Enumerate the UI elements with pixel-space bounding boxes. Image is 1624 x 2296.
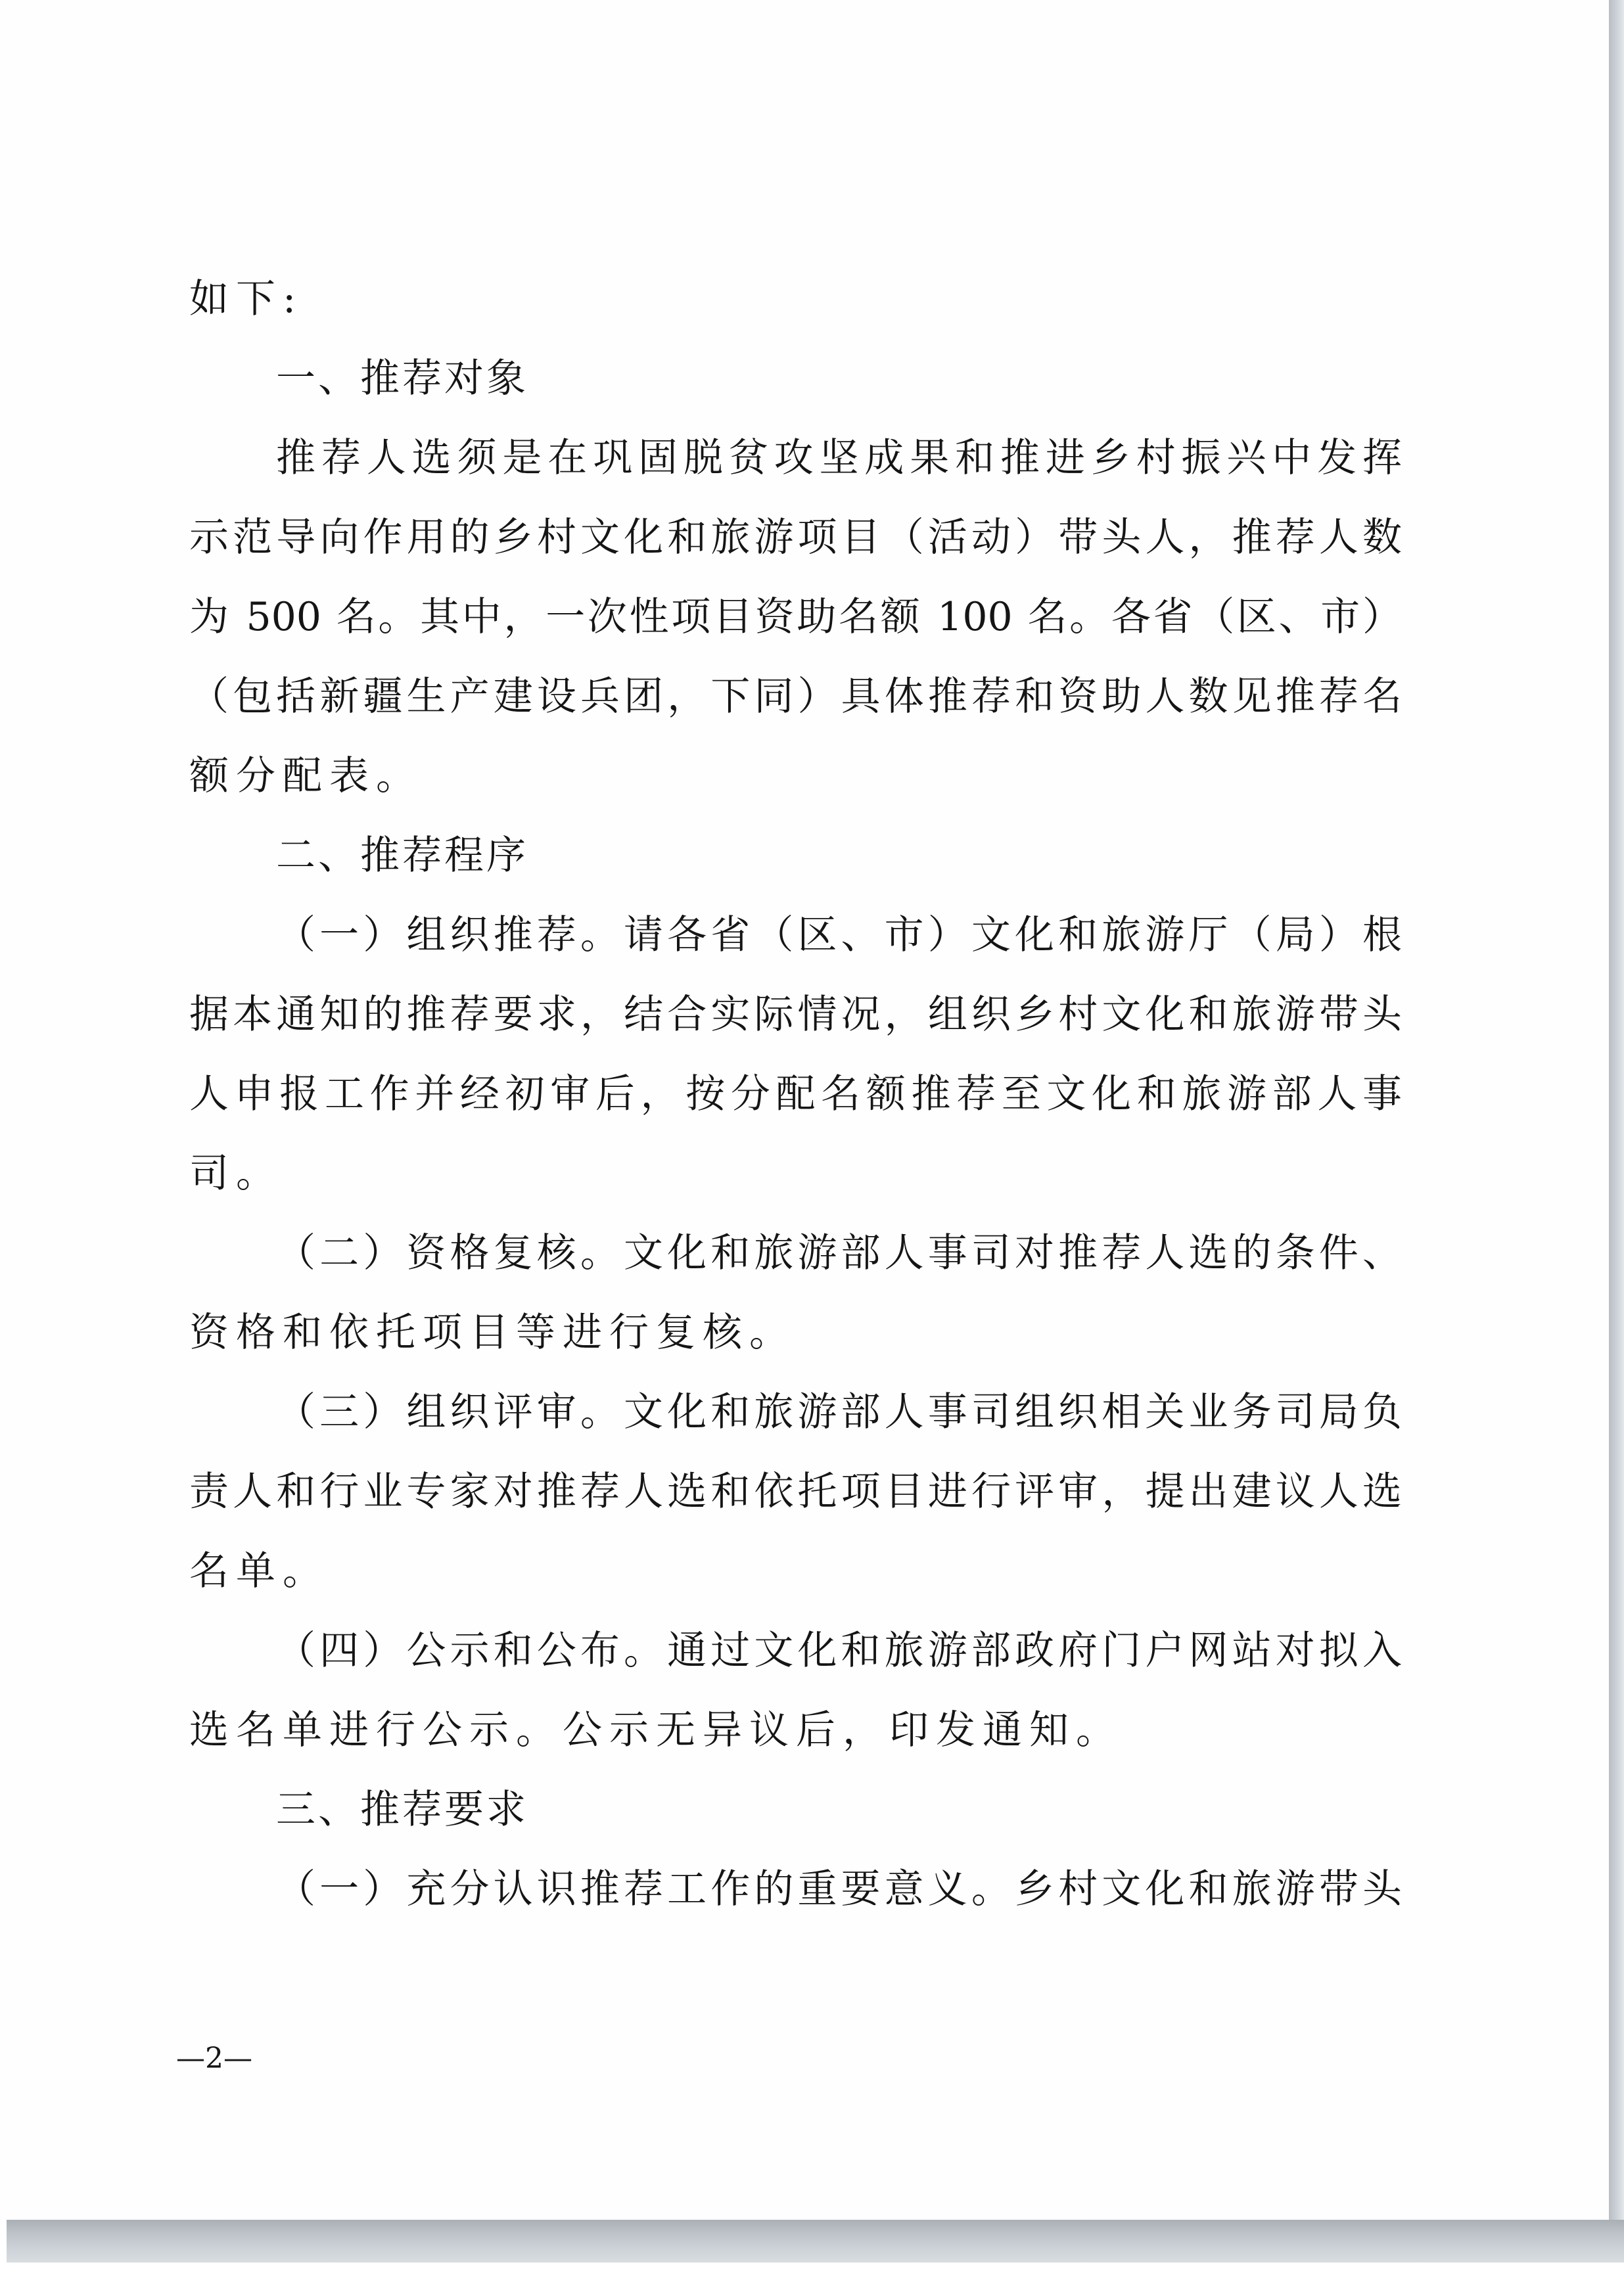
section-heading-recommendation-procedure: 二、推荐程序 (276, 826, 528, 885)
body-line: 为 500 名。其中，一次性项目资助名额 100 名。各省（区、市） (189, 587, 1402, 647)
section-heading-recommendation-targets: 一、推荐对象 (276, 349, 528, 408)
body-line: 资格和依托项目等进行复核。 (189, 1303, 796, 1362)
body-line: （四）公示和公布。通过文化和旅游部政府门户网站对拟入 (276, 1621, 1402, 1680)
body-line: 额分配表。 (189, 746, 423, 806)
body-line: （一）充分认识推荐工作的重要意义。乡村文化和旅游带头 (276, 1860, 1402, 1919)
body-line: （三）组织评审。文化和旅游部人事司组织相关业务司局负 (276, 1383, 1402, 1442)
section-heading-recommendation-requirements: 三、推荐要求 (276, 1780, 528, 1839)
body-line: （二）资格复核。文化和旅游部人事司对推荐人选的条件、 (276, 1224, 1402, 1283)
body-line: 示范导向作用的乡村文化和旅游项目（活动）带头人，推荐人数 (189, 508, 1402, 567)
body-line: 人申报工作并经初审后，按分配名额推荐至文化和旅游部人事 (189, 1065, 1402, 1124)
body-line-intro: 如下: (189, 269, 303, 329)
body-line: 司。 (189, 1144, 283, 1203)
scan-background (0, 2262, 1624, 2296)
body-line: 选名单进行公示。公示无异议后，印发通知。 (189, 1701, 1123, 1760)
body-line: 推荐人选须是在巩固脱贫攻坚成果和推进乡村振兴中发挥 (276, 428, 1402, 488)
body-line: （包括新疆生产建设兵团，下同）具体推荐和资助人数见推荐名 (189, 667, 1402, 726)
document-page: 如下: 一、推荐对象 推荐人选须是在巩固脱贫攻坚成果和推进乡村振兴中发挥 示范导… (0, 0, 1609, 2220)
body-line: 名单。 (189, 1542, 329, 1601)
scan-edge-right (1609, 0, 1624, 2262)
page-number: —2— (176, 2039, 252, 2078)
body-line: 责人和行业专家对推荐人选和依托项目进行评审，提出建议人选 (189, 1462, 1402, 1521)
body-line: 据本通知的推荐要求，结合实际情况，组织乡村文化和旅游带头 (189, 985, 1402, 1044)
body-line: （一）组织推荐。请各省（区、市）文化和旅游厅（局）根 (276, 906, 1402, 965)
scan-edge-bottom (7, 2220, 1624, 2262)
